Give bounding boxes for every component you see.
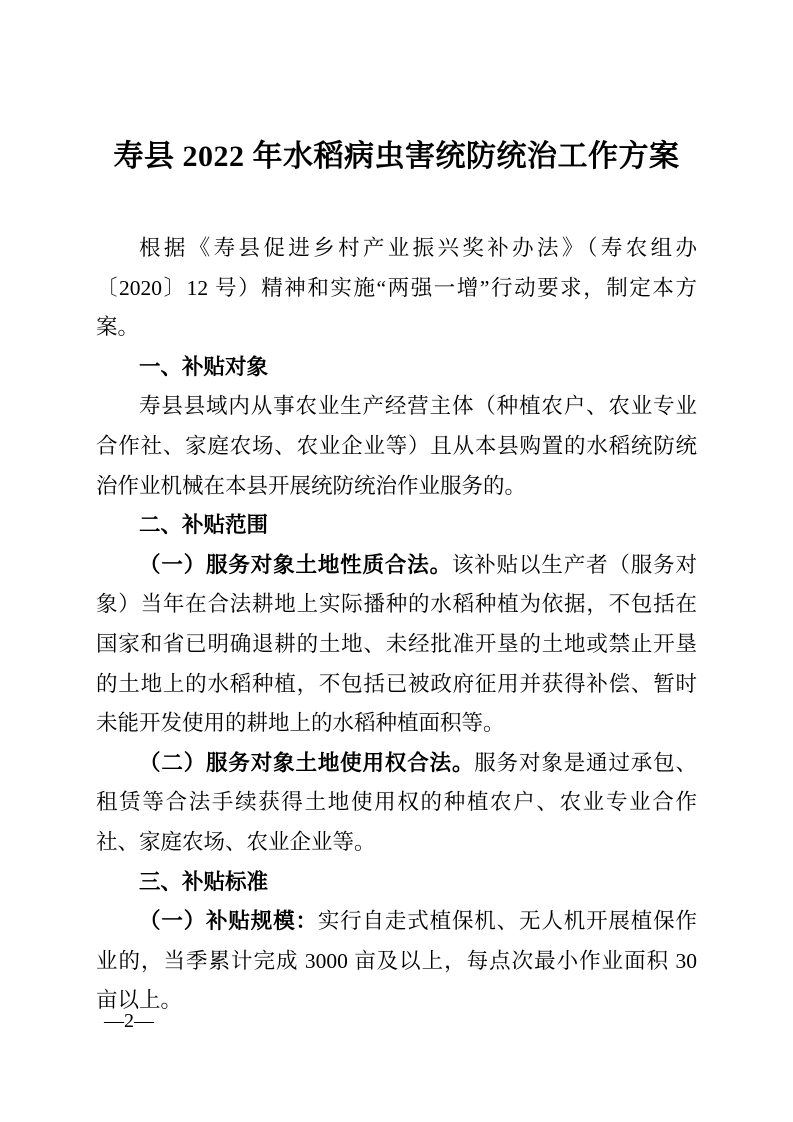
paragraph: 寿县县域内从事农业生产经营主体（种植农户、农业专业合作社、家庭农场、农业企业等）… (96, 387, 697, 506)
section-heading: 一、补贴对象 (96, 348, 697, 388)
page-number: —2— (104, 1008, 154, 1034)
paragraph: （二）服务对象土地使用权合法。服务对象是通过承包、租赁等合法手续获得土地使用权的… (96, 744, 697, 863)
section-heading: 三、补贴标准 (96, 863, 697, 903)
document-page: 寿县 2022 年水稻病虫害统防统治工作方案 根据《寿县促进乡村产业振兴奖补办法… (0, 0, 793, 1122)
paragraph: （一）补贴规模：实行自走式植保机、无人机开展植保作业的，当季累计完成 3000 … (96, 902, 697, 1021)
section-heading: 二、补贴范围 (96, 506, 697, 546)
paragraph: 根据《寿县促进乡村产业振兴奖补办法》（寿农组办〔2020〕12 号）精神和实施“… (96, 229, 697, 348)
paragraph-text: 该补贴以生产者（服务对象）当年在合法耕地上实际播种的水稻种植为依据，不包括在国家… (96, 553, 697, 735)
document-body: 根据《寿县促进乡村产业振兴奖补办法》（寿农组办〔2020〕12 号）精神和实施“… (96, 229, 697, 1021)
paragraph-lead: （二）服务对象土地使用权合法。 (139, 751, 474, 775)
document-title: 寿县 2022 年水稻病虫害统防统治工作方案 (0, 140, 793, 174)
paragraph-lead: （一）补贴规模： (139, 909, 318, 933)
paragraph: （一）服务对象土地性质合法。该补贴以生产者（服务对象）当年在合法耕地上实际播种的… (96, 546, 697, 744)
paragraph-lead: （一）服务对象土地性质合法。 (139, 553, 452, 577)
